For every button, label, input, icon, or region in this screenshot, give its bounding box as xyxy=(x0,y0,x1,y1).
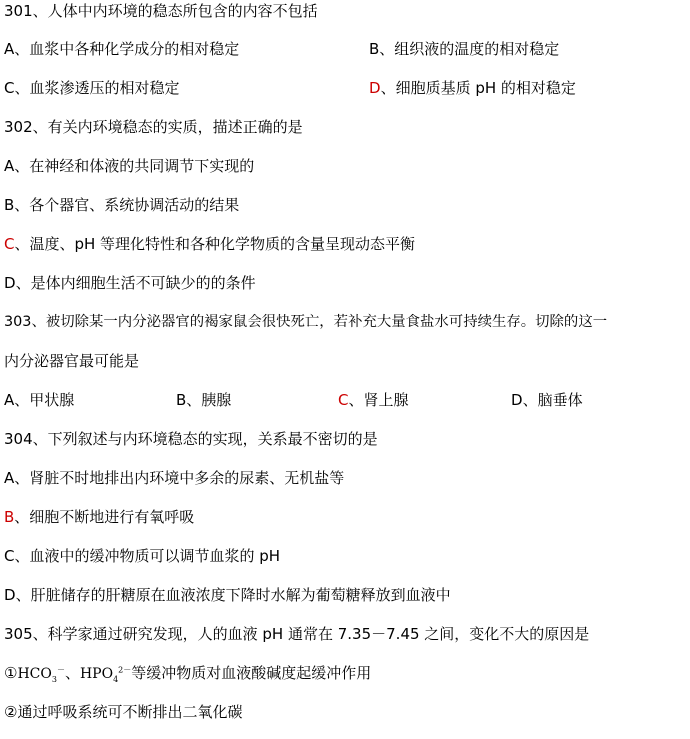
q304-stem: 304、下列叙述与内环境稳态的实现，关系最不密切的是 xyxy=(4,428,378,450)
option-text: 、各个器官、系统协调活动的结果 xyxy=(14,196,239,214)
option-text: 、在神经和体液的共同调节下实现的 xyxy=(14,157,254,175)
option-text: 、肾上腺 xyxy=(348,391,408,409)
option-letter: A xyxy=(4,391,14,409)
q301-option-d: D、细胞质基质 pH 的相对稳定 xyxy=(369,77,576,99)
item-text: 等缓冲物质对血液酸碱度起缓冲作用 xyxy=(131,664,371,682)
q301-option-c: C、血浆渗透压的相对稳定 xyxy=(4,77,180,99)
q304-option-b: B、细胞不断地进行有氧呼吸 xyxy=(4,506,194,528)
q303-stem-line1: 303、被切除某一内分泌器官的褐家鼠会很快死亡，若补充大量食盐水可持续生存。切除… xyxy=(4,311,607,333)
q303-option-b: B、胰腺 xyxy=(176,389,231,411)
q305-item-1: ①HCO3－、HPO42－等缓冲物质对血液酸碱度起缓冲作用 xyxy=(4,662,371,684)
q302-stem: 302、有关内环境稳态的实质，描述正确的是 xyxy=(4,116,303,138)
q304-option-c: C、血液中的缓冲物质可以调节血浆的 pH xyxy=(4,545,280,567)
q302-option-d: D、是体内细胞生活不可缺少的的条件 xyxy=(4,272,256,294)
item-marker: ② xyxy=(4,703,17,721)
option-letter: B xyxy=(176,391,186,409)
option-letter: B xyxy=(369,40,379,58)
option-letter-answer: C xyxy=(338,391,348,409)
option-text: 、细胞不断地进行有氧呼吸 xyxy=(14,508,194,526)
q301-option-a: A、血浆中各种化学成分的相对稳定 xyxy=(4,38,239,60)
option-text: 、是体内细胞生活不可缺少的的条件 xyxy=(16,274,256,292)
q303-option-d: D、脑垂体 xyxy=(511,389,583,411)
item-marker: ① xyxy=(4,664,17,682)
option-text: 、血浆中各种化学成分的相对稳定 xyxy=(14,40,239,58)
q302-option-a: A、在神经和体液的共同调节下实现的 xyxy=(4,155,254,177)
q304-option-d: D、肝脏储存的肝糖原在血液浓度下降时水解为葡萄糖释放到血液中 xyxy=(4,584,451,606)
q301-stem: 301、人体中内环境的稳态所包含的内容不包括 xyxy=(4,0,318,22)
q303-option-c: C、肾上腺 xyxy=(338,389,409,411)
option-text: 、肝脏储存的肝糖原在血液浓度下降时水解为葡萄糖释放到血液中 xyxy=(16,586,451,604)
formula-hydrogen-phosphate: HPO42－ xyxy=(80,666,131,682)
option-letter-answer: B xyxy=(4,508,14,526)
q305-stem: 305、科学家通过研究发现，人的血液 pH 通常在 7.35－7.45 之间，变… xyxy=(4,623,589,645)
formula-bicarbonate: HCO3－ xyxy=(17,666,65,682)
q303-stem-line2: 内分泌器官最可能是 xyxy=(4,350,139,372)
q303-option-a: A、甲状腺 xyxy=(4,389,74,411)
option-letter: C xyxy=(4,547,14,565)
option-letter: B xyxy=(4,196,14,214)
item-text: 通过呼吸系统可不断排出二氧化碳 xyxy=(17,703,242,721)
option-text: 、血液中的缓冲物质可以调节血浆的 pH xyxy=(14,547,280,565)
option-letter: A xyxy=(4,157,14,175)
option-text: 、胰腺 xyxy=(186,391,231,409)
q302-option-c: C、温度、pH 等理化特性和各种化学物质的含量呈现动态平衡 xyxy=(4,233,415,255)
option-letter-answer: D xyxy=(369,79,381,97)
q302-option-b: B、各个器官、系统协调活动的结果 xyxy=(4,194,239,216)
option-letter-answer: C xyxy=(4,235,14,253)
option-letter: D xyxy=(4,586,16,604)
option-letter: A xyxy=(4,469,14,487)
option-letter: D xyxy=(4,274,16,292)
option-text: 、组织液的温度的相对稳定 xyxy=(379,40,559,58)
option-letter: D xyxy=(511,391,523,409)
option-text: 、脑垂体 xyxy=(523,391,583,409)
option-text: 、血浆渗透压的相对稳定 xyxy=(14,79,179,97)
option-text: 、温度、pH 等理化特性和各种化学物质的含量呈现动态平衡 xyxy=(14,235,415,253)
separator: 、 xyxy=(65,664,80,682)
option-text: 、甲状腺 xyxy=(14,391,74,409)
q301-option-b: B、组织液的温度的相对稳定 xyxy=(369,38,559,60)
q304-option-a: A、肾脏不时地排出内环境中多余的尿素、无机盐等 xyxy=(4,467,344,489)
option-text: 、肾脏不时地排出内环境中多余的尿素、无机盐等 xyxy=(14,469,344,487)
option-letter: A xyxy=(4,40,14,58)
option-letter: C xyxy=(4,79,14,97)
option-text: 、细胞质基质 pH 的相对稳定 xyxy=(381,79,576,97)
q305-item-2: ②通过呼吸系统可不断排出二氧化碳 xyxy=(4,701,242,723)
